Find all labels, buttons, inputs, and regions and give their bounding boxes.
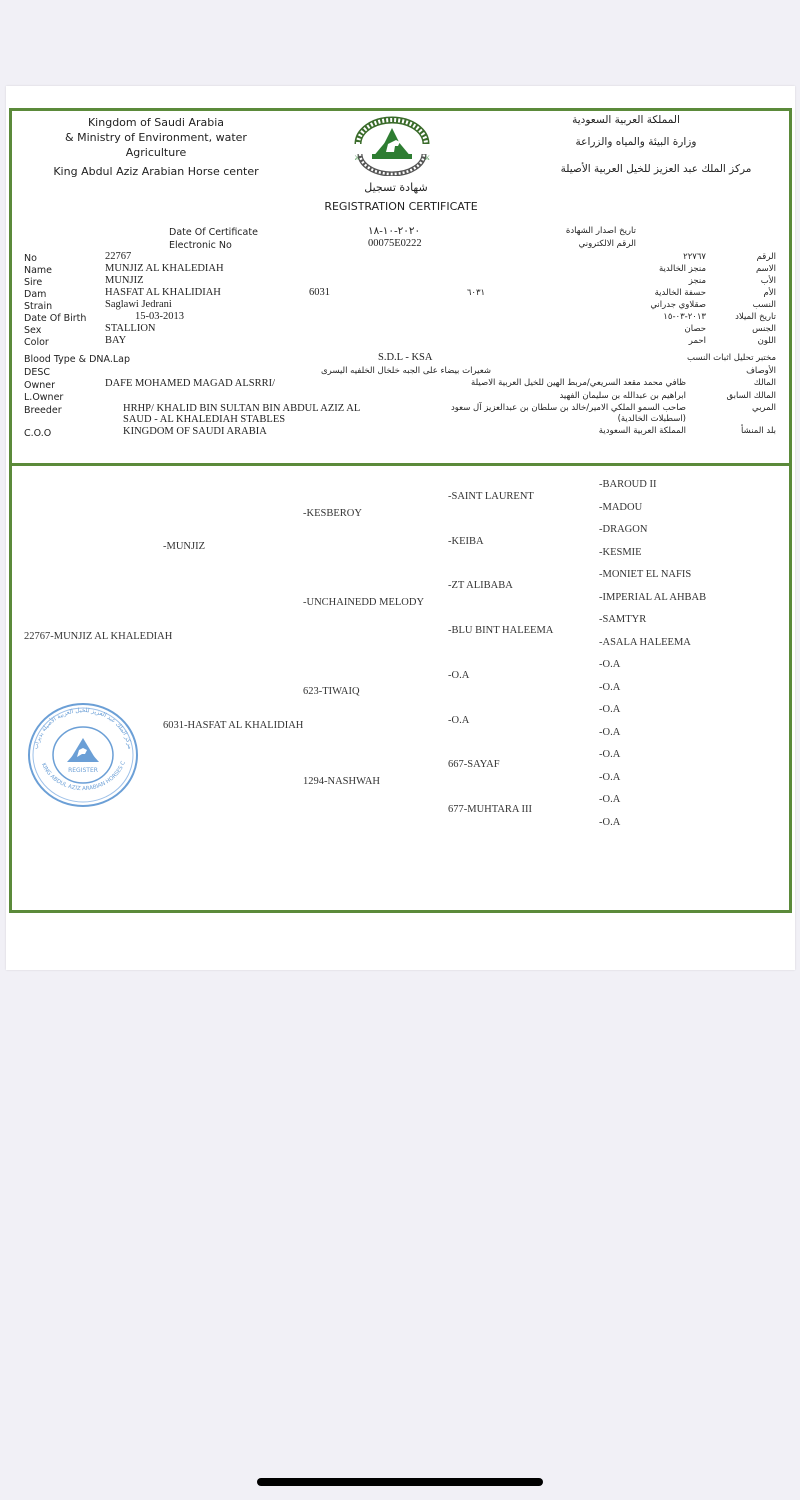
pedigree-gen1: -MUNJIZ bbox=[163, 541, 205, 552]
field-value-ar: منجز bbox=[566, 276, 706, 286]
field-label: Color bbox=[24, 337, 49, 348]
electronic-no-label-ar: الرقم الالكتروني bbox=[526, 239, 636, 249]
coo-label: C.O.O bbox=[24, 428, 51, 439]
desc-label-ar: الأوصاف bbox=[686, 366, 776, 376]
field-value: Saglawi Jedrani bbox=[105, 299, 172, 310]
blood-type-value: S.D.L - KSA bbox=[378, 352, 432, 363]
coo-label-ar: بلد المنشأ bbox=[686, 426, 776, 436]
field-label: Sex bbox=[24, 325, 41, 336]
owner-value-ar: ظافي محمد مقعد السريعي/مربط الهين للخيل … bbox=[406, 378, 686, 388]
header-english: Kingdom of Saudi Arabia & Ministry of En… bbox=[36, 115, 276, 179]
desc-label: DESC bbox=[24, 367, 50, 378]
breeder-value-line2: SAUD - AL KHALEDIAH STABLES bbox=[123, 414, 285, 425]
coo-value-ar: المملكة العربية السعودية bbox=[546, 426, 686, 436]
pedigree-gen4: -KESMIE bbox=[599, 547, 642, 558]
field-label: Dam bbox=[24, 289, 46, 300]
pedigree-gen3: 677-MUHTARA III bbox=[448, 804, 532, 815]
pedigree-gen4: -O.A bbox=[599, 659, 620, 670]
header-en-line1: Kingdom of Saudi Arabia bbox=[36, 115, 276, 130]
pedigree-gen1: 6031-HASFAT AL KHALIDIAH bbox=[163, 720, 303, 731]
field-label-ar: الأب bbox=[696, 276, 776, 286]
svg-text:⚔: ⚔ bbox=[424, 154, 430, 162]
field-value: MUNJIZ AL KHALEDIAH bbox=[105, 263, 224, 274]
pedigree-gen4: -IMPERIAL AL AHBAB bbox=[599, 592, 706, 603]
breeder-value-line1: HRHP/ KHALID BIN SULTAN BIN ABDUL AZIZ A… bbox=[123, 403, 360, 414]
desc-value-ar: شعيرات بيضاء على الجبه خلخال الخلفيه الي… bbox=[286, 366, 526, 376]
field-value-ar: صقلاوي جدراني bbox=[566, 300, 706, 310]
pedigree-gen2: 623-TIWAIQ bbox=[303, 686, 360, 697]
field-label-ar: الجنس bbox=[696, 324, 776, 334]
breeder-value-ar-line1: صاحب السمو الملكي الامير/خالد بن سلطان ب… bbox=[406, 403, 686, 413]
field-label-ar: النسب bbox=[696, 300, 776, 310]
pedigree-gen2: -UNCHAINEDD MELODY bbox=[303, 597, 424, 608]
pedigree-gen4: -O.A bbox=[599, 794, 620, 805]
pedigree-gen4: -DRAGON bbox=[599, 524, 647, 535]
field-extra: 6031 bbox=[309, 287, 330, 298]
field-label: Sire bbox=[24, 277, 42, 288]
header-en-line4: King Abdul Aziz Arabian Horse center bbox=[36, 164, 276, 179]
pedigree-gen3: -KEIBA bbox=[448, 536, 484, 547]
field-value: MUNJIZ bbox=[105, 275, 144, 286]
owner-label: Owner bbox=[24, 380, 55, 391]
pedigree-gen3: -SAINT LAURENT bbox=[448, 491, 534, 502]
field-label-ar: الأم bbox=[696, 288, 776, 298]
title-arabic: شهادة تسجيل bbox=[336, 181, 456, 194]
header-ar-line1: المملكة العربية السعودية bbox=[546, 114, 706, 126]
field-label-ar: تاريخ الميلاد bbox=[696, 312, 776, 322]
pedigree-gen4: -BAROUD II bbox=[599, 479, 656, 490]
electronic-no-value: 00075E0222 bbox=[368, 238, 422, 249]
pedigree-gen4: -O.A bbox=[599, 749, 620, 760]
pedigree-gen3: -O.A bbox=[448, 715, 469, 726]
pedigree-gen3: 667-SAYAF bbox=[448, 759, 500, 770]
last-owner-label: L.Owner bbox=[24, 392, 63, 403]
field-label: Date Of Birth bbox=[24, 313, 86, 324]
field-value: 22767 bbox=[105, 251, 131, 262]
field-value-ar: حسفة الخالدية bbox=[566, 288, 706, 298]
field-label-ar: الرقم bbox=[696, 252, 776, 262]
field-value-ar: حصان bbox=[566, 324, 706, 334]
breeder-label-ar: المربي bbox=[686, 403, 776, 413]
pedigree-gen3: -BLU BINT HALEEMA bbox=[448, 625, 553, 636]
last-owner-value-ar: ابراهيم بن عبدالله بن سليمان الفهيد bbox=[436, 391, 686, 401]
field-value: 15-03-2013 bbox=[135, 311, 184, 322]
certificate-page: Kingdom of Saudi Arabia & Ministry of En… bbox=[6, 86, 795, 970]
pedigree-horse: 22767-MUNJIZ AL KHALEDIAH bbox=[24, 631, 172, 642]
blood-type-label-ar: مختبر تحليل اثبات النسب bbox=[626, 353, 776, 363]
date-of-certificate-value: ٢٠٢٠-١٠-١٨ bbox=[368, 225, 420, 237]
field-extra-ar: ٦٠٣١ bbox=[446, 288, 506, 298]
field-value: HASFAT AL KHALIDIAH bbox=[105, 287, 221, 298]
last-owner-label-ar: المالك السابق bbox=[686, 391, 776, 401]
field-label-ar: الاسم bbox=[696, 264, 776, 274]
pedigree-gen4: -ASALA HALEEMA bbox=[599, 637, 691, 648]
pedigree-gen4: -O.A bbox=[599, 817, 620, 828]
pedigree-gen2: 1294-NASHWAH bbox=[303, 776, 380, 787]
field-value-ar: منجز الخالدية bbox=[566, 264, 706, 274]
field-label-ar: اللون bbox=[696, 336, 776, 346]
title-english: REGISTRATION CERTIFICATE bbox=[306, 200, 496, 213]
field-value-ar: ٢٠١٣-٠٣-١٥ bbox=[566, 312, 706, 322]
pedigree-gen4: -O.A bbox=[599, 704, 620, 715]
header-en-line2: & Ministry of Environment, water bbox=[36, 130, 276, 145]
svg-text:⚔: ⚔ bbox=[354, 154, 360, 162]
owner-label-ar: المالك bbox=[686, 378, 776, 388]
date-of-certificate-label-ar: تاريخ اصدار الشهادة bbox=[526, 226, 636, 236]
electronic-no-label: Electronic No bbox=[169, 240, 232, 251]
pedigree-gen4: -O.A bbox=[599, 772, 620, 783]
home-indicator[interactable] bbox=[257, 1478, 543, 1486]
horse-center-emblem-icon: ⚔ ⚔ bbox=[346, 114, 438, 176]
header-en-line3: Agriculture bbox=[36, 145, 276, 160]
header-ar-line3: مركز الملك عبد العزيز للخيل العربية الأص… bbox=[551, 163, 761, 175]
registry-stamp-icon: مركز الملك عبد العزيز للخيل العربية الأص… bbox=[27, 702, 139, 808]
svg-text:REGISTER: REGISTER bbox=[68, 767, 98, 774]
pedigree-frame bbox=[9, 463, 792, 913]
field-value-ar: ٢٢٧٦٧ bbox=[566, 252, 706, 262]
pedigree-gen4: -O.A bbox=[599, 682, 620, 693]
pedigree-gen3: -O.A bbox=[448, 670, 469, 681]
pedigree-gen3: -ZT ALIBABA bbox=[448, 580, 513, 591]
pedigree-gen4: -O.A bbox=[599, 727, 620, 738]
field-value: STALLION bbox=[105, 323, 156, 334]
field-value-ar: احمر bbox=[566, 336, 706, 346]
header-ar-line2: وزارة البيئة والمياه والزراعة bbox=[546, 136, 726, 148]
field-label: Name bbox=[24, 265, 52, 276]
breeder-label: Breeder bbox=[24, 405, 62, 416]
pedigree-gen4: -MADOU bbox=[599, 502, 642, 513]
pedigree-gen4: -MONIET EL NAFIS bbox=[599, 569, 691, 580]
owner-value: DAFE MOHAMED MAGAD ALSRRI/ bbox=[105, 378, 275, 389]
field-value: BAY bbox=[105, 335, 126, 346]
breeder-value-ar-line2: (اسطبلات الخالدية) bbox=[566, 414, 686, 424]
pedigree-gen2: -KESBEROY bbox=[303, 508, 362, 519]
date-of-certificate-label: Date Of Certificate bbox=[169, 227, 258, 238]
coo-value: KINGDOM OF SAUDI ARABIA bbox=[123, 426, 267, 437]
pedigree-gen4: -SAMTYR bbox=[599, 614, 646, 625]
field-label: Strain bbox=[24, 301, 52, 312]
field-label: No bbox=[24, 253, 37, 264]
blood-type-label: Blood Type & DNA.Lap bbox=[24, 354, 130, 365]
